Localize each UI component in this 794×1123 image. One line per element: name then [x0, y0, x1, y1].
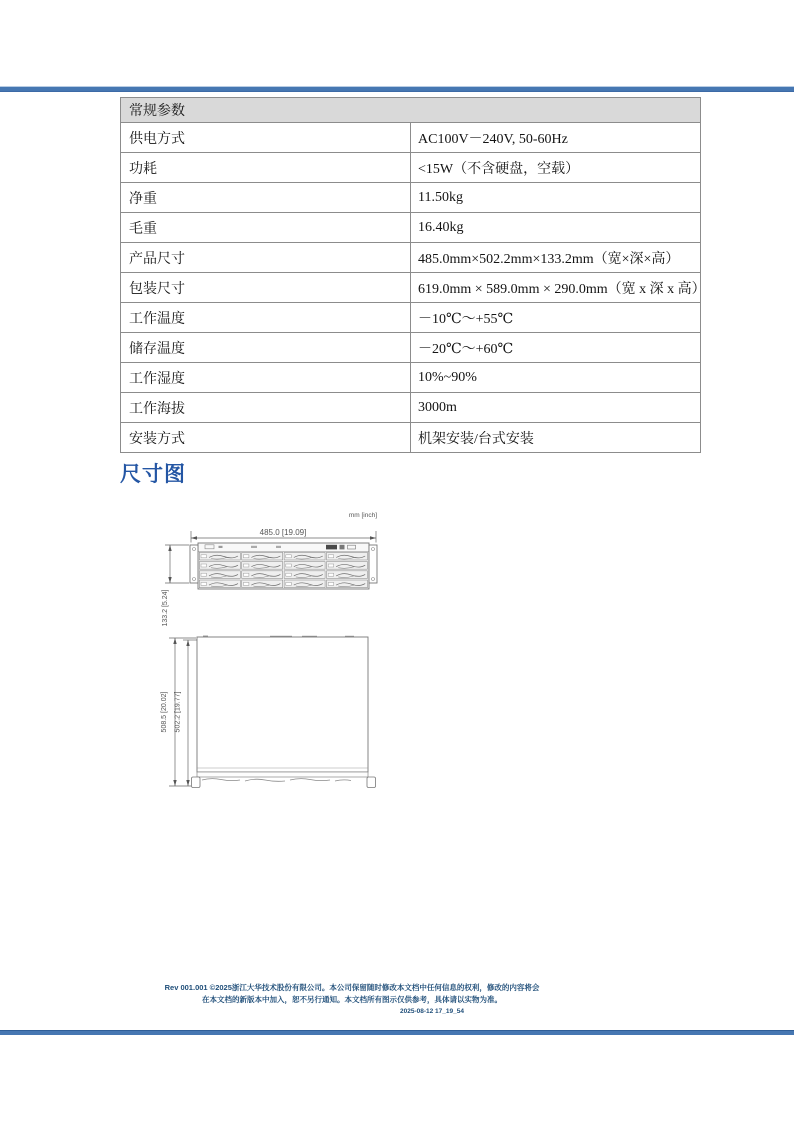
spec-table: 常规参数 供电方式AC100V－240V, 50-60Hz 功耗<15W（不含硬…: [120, 97, 701, 453]
table-row: 工作海拔3000m: [121, 393, 701, 423]
drive-tray: [327, 571, 368, 579]
footer-timestamp: 2025-08-12 17_19_54: [337, 1008, 527, 1015]
bezel-mark: [219, 546, 223, 548]
top-divider-bar: [0, 86, 794, 92]
drive-tray: [242, 580, 283, 588]
drive-tray: [327, 552, 368, 560]
front-height-label: 133.2 [5.24]: [162, 589, 169, 626]
bezel-mark: [276, 546, 281, 548]
spec-label: 净重: [121, 183, 411, 213]
dim-arrow-down: [186, 780, 189, 786]
drive-tray: [199, 562, 240, 570]
spec-label: 产品尺寸: [121, 243, 411, 273]
table-row: 安装方式机架安装/台式安装: [121, 423, 701, 453]
spec-value: 619.0mm × 589.0mm × 290.0mm（宽 x 深 x 高）: [411, 273, 701, 303]
table-header: 常规参数: [121, 98, 701, 123]
footer-line-1: Rev 001.001 ©2025浙江大华技术股份有限公司。本公司保留随时修改本…: [97, 982, 607, 994]
spec-value: －20℃～+60℃: [411, 333, 701, 363]
depth-outer-label: 508.5 [20.02]: [161, 692, 168, 733]
table-row: 功耗<15W（不含硬盘，空载）: [121, 153, 701, 183]
spec-value: 16.40kg: [411, 213, 701, 243]
front-width-label: 485.0 [19.09]: [260, 528, 307, 537]
drive-tray: [199, 552, 240, 560]
spec-value: 10%~90%: [411, 363, 701, 393]
spec-label: 安装方式: [121, 423, 411, 453]
table-row: 工作湿度10%~90%: [121, 363, 701, 393]
footer-disclaimer: Rev 001.001 ©2025浙江大华技术股份有限公司。本公司保留随时修改本…: [97, 982, 607, 1006]
bezel-mark: [251, 546, 257, 548]
table-row: 产品尺寸485.0mm×502.2mm×133.2mm（宽×深×高）: [121, 243, 701, 273]
depth-inner-dimension: [183, 640, 197, 786]
rail-detail: [245, 779, 285, 781]
spec-label: 工作海拔: [121, 393, 411, 423]
spec-label: 供电方式: [121, 123, 411, 153]
spec-label: 功耗: [121, 153, 411, 183]
drive-tray: [242, 571, 283, 579]
table-row: 工作温度－10℃～+55℃: [121, 303, 701, 333]
table-row: 储存温度－20℃～+60℃: [121, 333, 701, 363]
bezel-port: [340, 545, 345, 550]
spec-value: －10℃～+55℃: [411, 303, 701, 333]
bezel-port: [326, 545, 337, 550]
table-row: 净重11.50kg: [121, 183, 701, 213]
drive-tray: [284, 571, 325, 579]
unit-label: mm [inch]: [349, 512, 377, 519]
drive-tray: [284, 562, 325, 570]
dim-arrow-down: [173, 780, 176, 786]
spec-value: <15W（不含硬盘，空载）: [411, 153, 701, 183]
rail-detail: [202, 779, 240, 781]
top-view: [192, 636, 376, 788]
spec-label: 包装尺寸: [121, 273, 411, 303]
spec-label: 工作湿度: [121, 363, 411, 393]
datasheet-page: 常规参数 供电方式AC100V－240V, 50-60Hz 功耗<15W（不含硬…: [0, 0, 794, 1123]
depth-outer-dimension: [169, 638, 196, 786]
drive-tray: [242, 562, 283, 570]
rail-detail: [335, 780, 351, 781]
dim-arrow-right: [370, 536, 376, 539]
front-view: [190, 543, 377, 589]
dim-arrow-up: [168, 545, 171, 551]
drive-tray: [199, 571, 240, 579]
drive-tray: [284, 580, 325, 588]
dim-arrow-left: [191, 536, 197, 539]
front-bezel-strip: [197, 772, 368, 777]
drive-tray: [284, 552, 325, 560]
footer-line-2: 在本文档的新版本中加入，恕不另行通知。本文档所有图示仅供参考，具体请以实物为准。: [97, 994, 607, 1006]
spec-value: 3000m: [411, 393, 701, 423]
dim-arrow-down: [168, 577, 171, 583]
rail-detail: [290, 779, 330, 781]
table-header-row: 常规参数: [121, 98, 701, 123]
drive-tray: [199, 580, 240, 588]
spec-value: 485.0mm×502.2mm×133.2mm（宽×深×高）: [411, 243, 701, 273]
table-row: 毛重16.40kg: [121, 213, 701, 243]
table-row: 包装尺寸619.0mm × 589.0mm × 290.0mm（宽 x 深 x …: [121, 273, 701, 303]
drive-tray: [242, 552, 283, 560]
drive-tray: [327, 562, 368, 570]
drive-tray: [327, 580, 368, 588]
dimension-diagram: mm [inch] 485.0 [19.09]: [155, 500, 395, 800]
foot-right: [367, 777, 376, 788]
section-heading: 尺寸图: [120, 458, 186, 488]
dim-arrow-up: [186, 640, 189, 646]
table-row: 供电方式AC100V－240V, 50-60Hz: [121, 123, 701, 153]
spec-value: 机架安装/台式安装: [411, 423, 701, 453]
spec-value: AC100V－240V, 50-60Hz: [411, 123, 701, 153]
bottom-divider-bar: [0, 1030, 794, 1035]
spec-label: 储存温度: [121, 333, 411, 363]
depth-inner-label: 502.2 [19.77]: [175, 692, 182, 733]
spec-label: 毛重: [121, 213, 411, 243]
dim-arrow-up: [173, 638, 176, 644]
spec-label: 工作温度: [121, 303, 411, 333]
foot-left: [192, 777, 201, 788]
spec-value: 11.50kg: [411, 183, 701, 213]
